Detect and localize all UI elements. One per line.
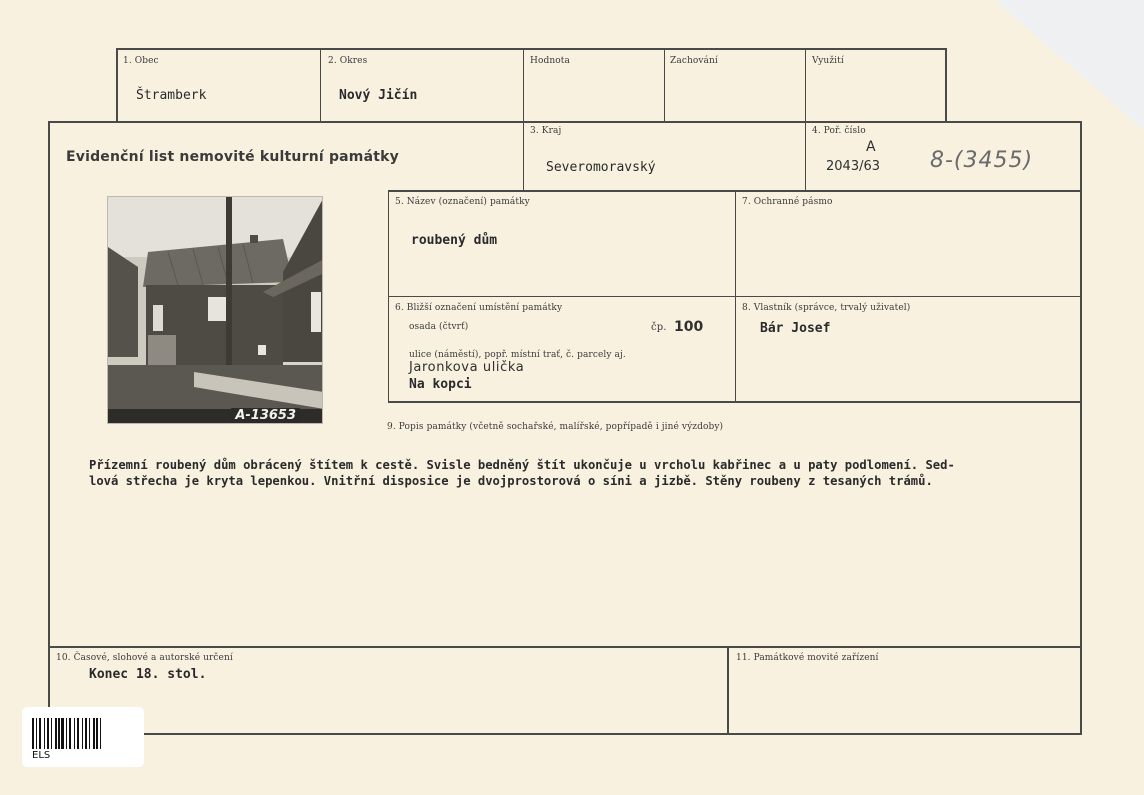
frame-left — [48, 121, 50, 735]
barcode-sticker: ELS — [22, 707, 144, 767]
record-card: 1. Obec Štramberk 2. Okres Nový Jičín Ho… — [0, 0, 1144, 795]
movite-zarizeni-label: 11. Památkové movité zařízení — [736, 653, 879, 663]
handwritten-number: 8-(3455) — [930, 148, 1033, 173]
grid-line — [727, 646, 729, 734]
grid-line — [523, 121, 524, 191]
kraj-label: 3. Kraj — [530, 126, 561, 136]
obec-label: 1. Obec — [123, 56, 159, 66]
urceni-value[interactable]: Konec 18. stol. — [89, 667, 206, 682]
okres-value[interactable]: Nový Jičín — [339, 88, 417, 103]
vlastnik-value[interactable]: Bár Josef — [760, 321, 830, 336]
urceni-label: 10. Časové, slohové a autorské určení — [56, 653, 233, 663]
grid-line — [116, 48, 946, 50]
vlastnik-label: 8. Vlastník (správce, trvalý uživatel) — [742, 303, 910, 313]
grid-line — [523, 48, 524, 122]
grid-line — [664, 48, 665, 122]
kraj-value[interactable]: Severomoravský — [546, 160, 656, 175]
monument-photo: A-13653 — [107, 196, 323, 424]
photo-negative-number: A-13653 — [231, 408, 300, 423]
grid-line — [48, 646, 1082, 648]
grid-line — [116, 48, 118, 122]
cp-label: čp. — [651, 322, 666, 333]
ulice-label: ulice (náměstí), popř. místní trať, č. p… — [409, 350, 626, 360]
grid-line — [320, 48, 321, 122]
house-photo-image — [108, 197, 323, 424]
por-cislo-value[interactable]: 2043/63 — [826, 159, 880, 174]
popis-line-2: lová střecha je kryta lepenkou. Vnitřní … — [89, 473, 1039, 489]
grid-line — [523, 190, 1082, 192]
nazev-label: 5. Název (označení) památky — [395, 197, 530, 207]
ulice-value-line1[interactable]: Jaronkova ulička — [409, 360, 524, 375]
popis-text[interactable]: Přízemní roubený dům obrácený štítem k c… — [89, 457, 1039, 489]
barcode-icon — [32, 718, 101, 749]
por-cislo-letter: A — [866, 139, 876, 155]
grid-line — [388, 190, 524, 192]
grid-line — [388, 296, 1082, 297]
osada-label: osada (čtvrť) — [409, 322, 468, 332]
frame-bottom — [48, 733, 1082, 735]
popis-line-1: Přízemní roubený dům obrácený štítem k c… — [89, 457, 1039, 473]
barcode-label: ELS — [32, 750, 50, 761]
grid-line — [388, 401, 1082, 403]
ochranne-pasmo-label: 7. Ochranné pásmo — [742, 197, 833, 207]
grid-line — [945, 48, 947, 121]
cp-value[interactable]: 100 — [674, 319, 703, 335]
frame-top — [48, 121, 1082, 123]
hodnota-label: Hodnota — [530, 56, 570, 66]
umisteni-label: 6. Bližší označení umístění památky — [395, 303, 562, 313]
frame-right — [1080, 121, 1082, 735]
document-title: Evidenční list nemovité kulturní památky — [66, 149, 399, 165]
okres-label: 2. Okres — [328, 56, 367, 66]
grid-line — [805, 48, 806, 122]
zachovani-label: Zachování — [670, 56, 718, 66]
nazev-value[interactable]: roubený dům — [411, 233, 497, 248]
grid-line — [805, 121, 806, 191]
obec-value[interactable]: Štramberk — [136, 88, 206, 103]
vyuziti-label: Využití — [812, 56, 844, 66]
ulice-value-line2[interactable]: Na kopci — [409, 377, 472, 392]
popis-label: 9. Popis památky (včetně sochařské, malí… — [387, 422, 723, 432]
por-cislo-label: 4. Poř. číslo — [812, 126, 866, 136]
